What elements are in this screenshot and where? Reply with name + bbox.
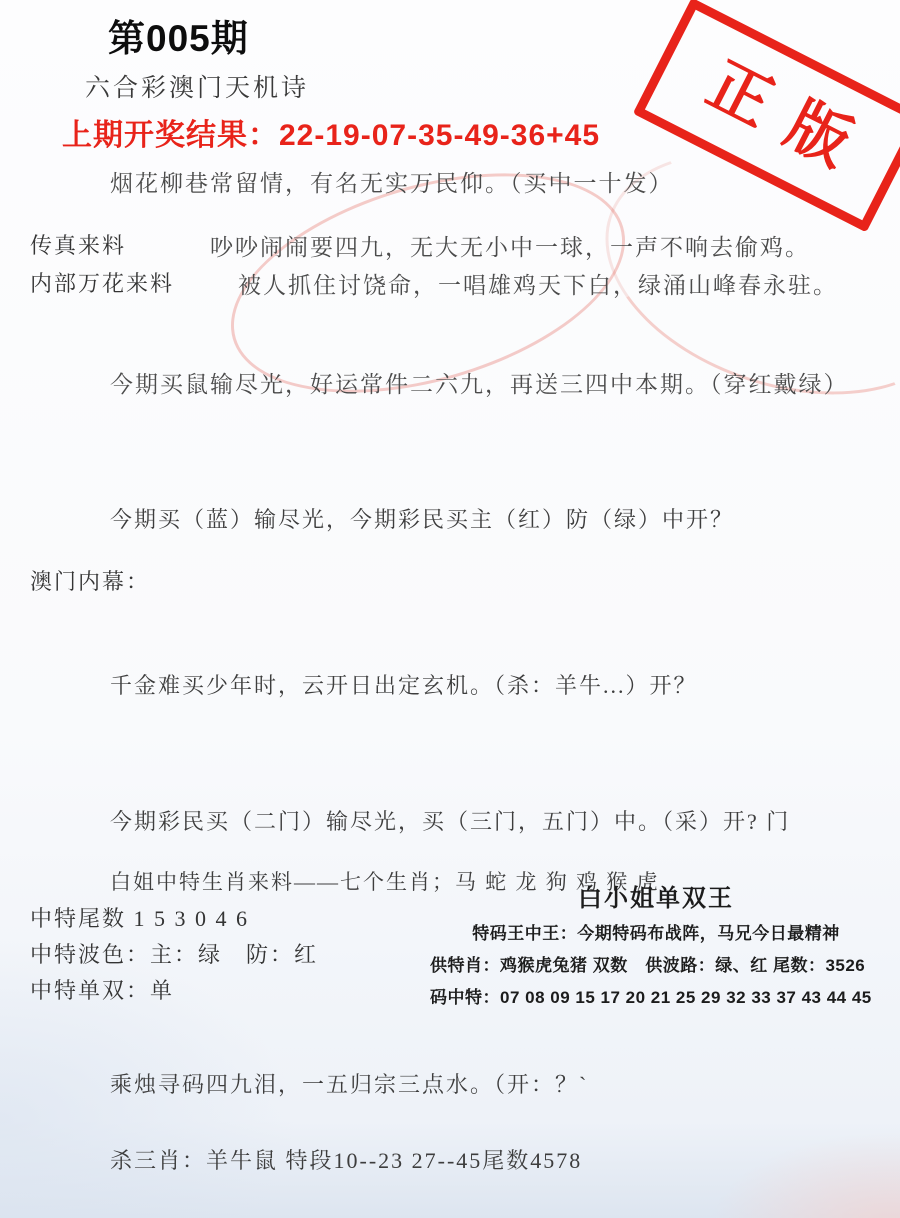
white-lady-line-3: 码中特：07 08 09 15 17 20 21 25 29 32 33 37 … <box>430 983 882 1008</box>
white-lady-title: 白小姐单双王 <box>430 886 882 912</box>
tip-line-1: 今期买鼠输尽光，好运常件二六九，再送三四中本期。（穿红戴绿） <box>110 366 849 399</box>
fax-source-label: 传真来料 <box>30 229 126 260</box>
last-draw-result: 上期开奖结果：22-19-07-35-49-36+45 <box>62 110 600 154</box>
white-lady-line-2: 供特肖：鸡猴虎兔猪 双数 供波路：绿、红 尾数：3526 <box>430 951 882 976</box>
internal-source-label: 内部万花来料 <box>30 267 174 298</box>
tip-line-4: 今期彩民买（二门）输尽光，买（三门，五门）中。（采）开? 门 <box>110 805 790 836</box>
stat-wave-color: 中特波色：主：绿 防：红 <box>30 938 318 969</box>
last-draw-numbers: 22-19-07-35-49-36+45 <box>279 119 600 152</box>
internal-source-poem: 被人抓住讨饶命，一唱雄鸡天下白，绿涌山峰春永驻。 <box>238 267 838 300</box>
insider-label: 澳门内幕： <box>30 565 150 596</box>
fax-source-poem: 吵吵闹闹要四九，无大无小中一球，一声不响去偷鸡。 <box>210 229 810 262</box>
tip-line-3: 千金难买少年时，云开日出定玄机。（杀：羊牛...）开？ <box>110 669 698 700</box>
footer-poem: 乘烛寻码四九泪，一五归宗三点水。（开：？` <box>110 1068 588 1099</box>
stat-odd-even: 中特单双：单 <box>30 974 174 1005</box>
stat-tail-numbers: 中特尾数 1 5 3 0 4 6 <box>30 902 249 933</box>
tip-line-2: 今期买（蓝）输尽光，今期彩民买主（红）防（绿）中开？ <box>110 503 734 534</box>
series-title: 六合彩澳门天机诗 <box>85 68 309 104</box>
white-lady-block: 白小姐单双王 特码王中王：今期特码布战阵，马兄今日最精神 供特肖：鸡猴虎兔猪 双… <box>430 886 882 1008</box>
kill-three-zodiac-line: 杀三肖：羊牛鼠 特段10--23 27--45尾数4578 <box>110 1144 582 1175</box>
last-draw-label: 上期开奖结果： <box>62 119 279 152</box>
issue-title: 第005期 <box>108 8 249 62</box>
lottery-tip-sheet: 正版 第005期 六合彩澳门天机诗 上期开奖结果：22-19-07-35-49-… <box>0 0 900 1218</box>
white-lady-line-1: 特码王中王：今期特码布战阵，马兄今日最精神 <box>430 919 882 944</box>
opening-poem: 烟花柳巷常留情，有名无实万民仰。（买中一十发） <box>110 165 674 198</box>
